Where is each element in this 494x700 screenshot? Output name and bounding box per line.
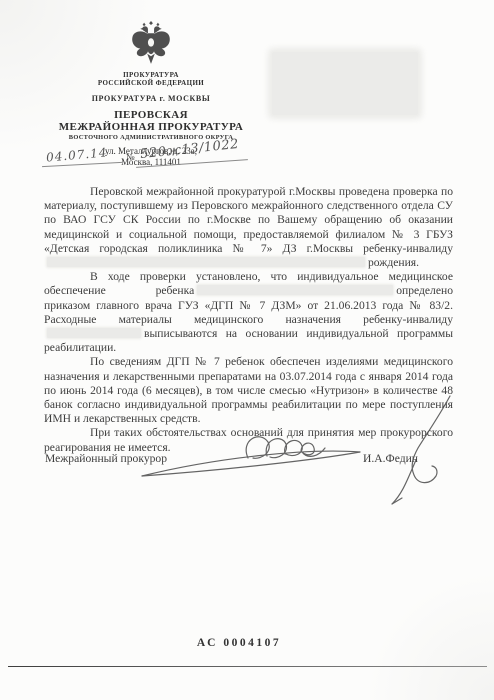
signer-title: Межрайонный прокурор	[45, 452, 167, 465]
org-country-line1: ПРОКУРАТУРА	[35, 71, 267, 79]
paragraph-2: В ходе проверки установлено, что индивид…	[44, 270, 453, 355]
signer-name: И.А.Федин	[363, 452, 418, 465]
russia-coat-of-arms-icon	[128, 20, 174, 68]
paragraph-1-text: Перовской межрайонной прокуратурой г.Мос…	[44, 185, 453, 255]
redaction-bar-child-name	[47, 257, 365, 267]
paragraph-4: При таких обстоятельствах оснований для …	[44, 426, 453, 454]
redaction-bar-child-name-2	[197, 285, 393, 295]
paragraph-1: Перовской межрайонной прокуратурой г.Мос…	[44, 185, 453, 270]
paragraph-3: По сведениям ДГП № 7 ребенок обеспечен и…	[44, 355, 453, 426]
org-name-line2: МЕЖРАЙОННАЯ ПРОКУРАТУРА	[35, 121, 267, 133]
org-name-line1: ПЕРОВСКАЯ	[35, 109, 267, 121]
date-number-line: 04.07.14 № 520ж13/1022	[40, 140, 270, 174]
paragraph-3-text: По сведениям ДГП № 7 ребенок обеспечен и…	[44, 355, 453, 425]
letter-body: Перовской межрайонной прокуратурой г.Мос…	[44, 185, 453, 455]
org-city-line: ПРОКУРАТУРА г. МОСКВЫ	[35, 94, 267, 103]
redaction-bar-child-name-3	[47, 328, 141, 338]
paragraph-4-text: При таких обстоятельствах оснований для …	[44, 426, 453, 453]
handwritten-date: 04.07.14	[46, 145, 108, 164]
redaction-box-addressee	[272, 52, 418, 115]
org-country-line2: РОССИЙСКОЙ ФЕДЕРАЦИИ	[35, 79, 267, 87]
footer-rule	[8, 666, 487, 667]
scanned-letter-page: ПРОКУРАТУРА РОССИЙСКОЙ ФЕДЕРАЦИИ ПРОКУРА…	[0, 0, 494, 700]
paragraph-1-text-end: рождения.	[368, 256, 419, 269]
handwritten-number: 520ж13/1022	[139, 137, 239, 162]
number-sign: №	[126, 152, 135, 162]
form-serial-number: АС 0004107	[0, 637, 478, 649]
